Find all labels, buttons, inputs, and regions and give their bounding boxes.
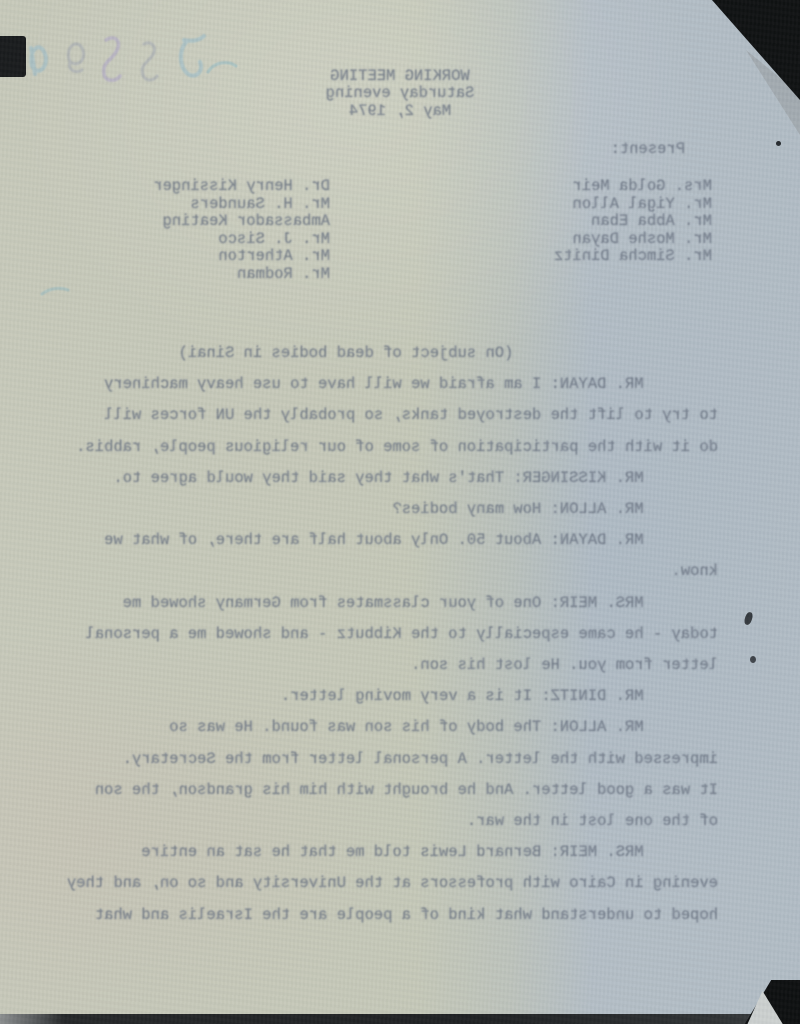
body-line: MR. KISSINGER: That's what they said the… <box>82 463 718 494</box>
body-line: letter from you. He lost his son. <box>82 650 718 681</box>
body-line: evening in Cairo with professors at the … <box>82 868 718 899</box>
body-line: know. <box>82 556 718 587</box>
body-line: MR. ALLON: The body of his son was found… <box>82 712 718 743</box>
participant-name: Mr. H. Saunders <box>153 196 330 214</box>
left-edge-mark <box>0 36 26 77</box>
body-line: of the one lost in the war. <box>82 806 718 837</box>
body-line: It was a good letter. And he brought wit… <box>82 775 718 806</box>
present-label: Present: <box>611 140 685 158</box>
body-line: to try to lift the destroyed tanks, so p… <box>82 400 718 431</box>
body-line: impressed with the letter. A personal le… <box>82 744 718 775</box>
ink-speck <box>776 141 781 146</box>
scanned-document-page: WORKING MEETING Saturday evening May 2, … <box>0 0 800 1024</box>
participants-right-column: Dr. Henry KissingerMr. H. SaundersAmbass… <box>153 178 330 284</box>
participant-name: Mr. Yigal Allon <box>554 196 712 214</box>
body-line: MRS. MEIR: One of your classmates from G… <box>82 588 718 619</box>
body-line: MR. ALLON: How many bodies? <box>82 494 718 525</box>
participant-name: Mr. Abba Eban <box>554 213 712 231</box>
body-line: MRS. MEIR: Bernard Lewis told me that he… <box>82 837 718 868</box>
participant-name: Mrs. Golda Meir <box>554 178 712 196</box>
body-line: do it with the participation of some of … <box>82 432 718 463</box>
participant-name: Mr. Rodman <box>153 266 330 284</box>
body-line: MR. DAYAN: About 50. Only about half are… <box>82 525 718 556</box>
body-line: hoped to understand what kind of a peopl… <box>82 900 718 931</box>
body-line: MR. DINITZ: It is a very moving letter. <box>82 681 718 712</box>
participant-name: Mr. Atherton <box>153 248 330 266</box>
body-line: today - he came especially to the Kibbut… <box>82 619 718 650</box>
participant-name: Mr. J. Sisco <box>153 231 330 249</box>
participants-left-column: Mrs. Golda MeirMr. Yigal AllonMr. Abba E… <box>554 178 712 266</box>
participant-name: Dr. Henry Kissinger <box>153 178 330 196</box>
memo-body: (On subject of dead bodies in Sinai)MR. … <box>82 338 718 931</box>
participant-name: Mr. Simcha Dinitz <box>554 248 712 266</box>
body-line: (On subject of dead bodies in Sinai) <box>82 338 718 369</box>
scan-edge-bottom <box>0 1014 800 1024</box>
blue-pencil-tick <box>205 58 239 78</box>
participant-name: Mr. Moshe Dayan <box>554 231 712 249</box>
blue-pencil-dash <box>40 284 70 298</box>
body-line: MR. DAYAN: I am afraid we will have to u… <box>82 369 718 400</box>
typed-text-layer: WORKING MEETING Saturday evening May 2, … <box>0 0 800 1024</box>
header-line-3: May 2, 1974 <box>0 103 800 121</box>
ink-speck <box>750 656 756 663</box>
handwritten-marks <box>18 18 228 90</box>
participant-name: Ambassador Keating <box>153 213 330 231</box>
